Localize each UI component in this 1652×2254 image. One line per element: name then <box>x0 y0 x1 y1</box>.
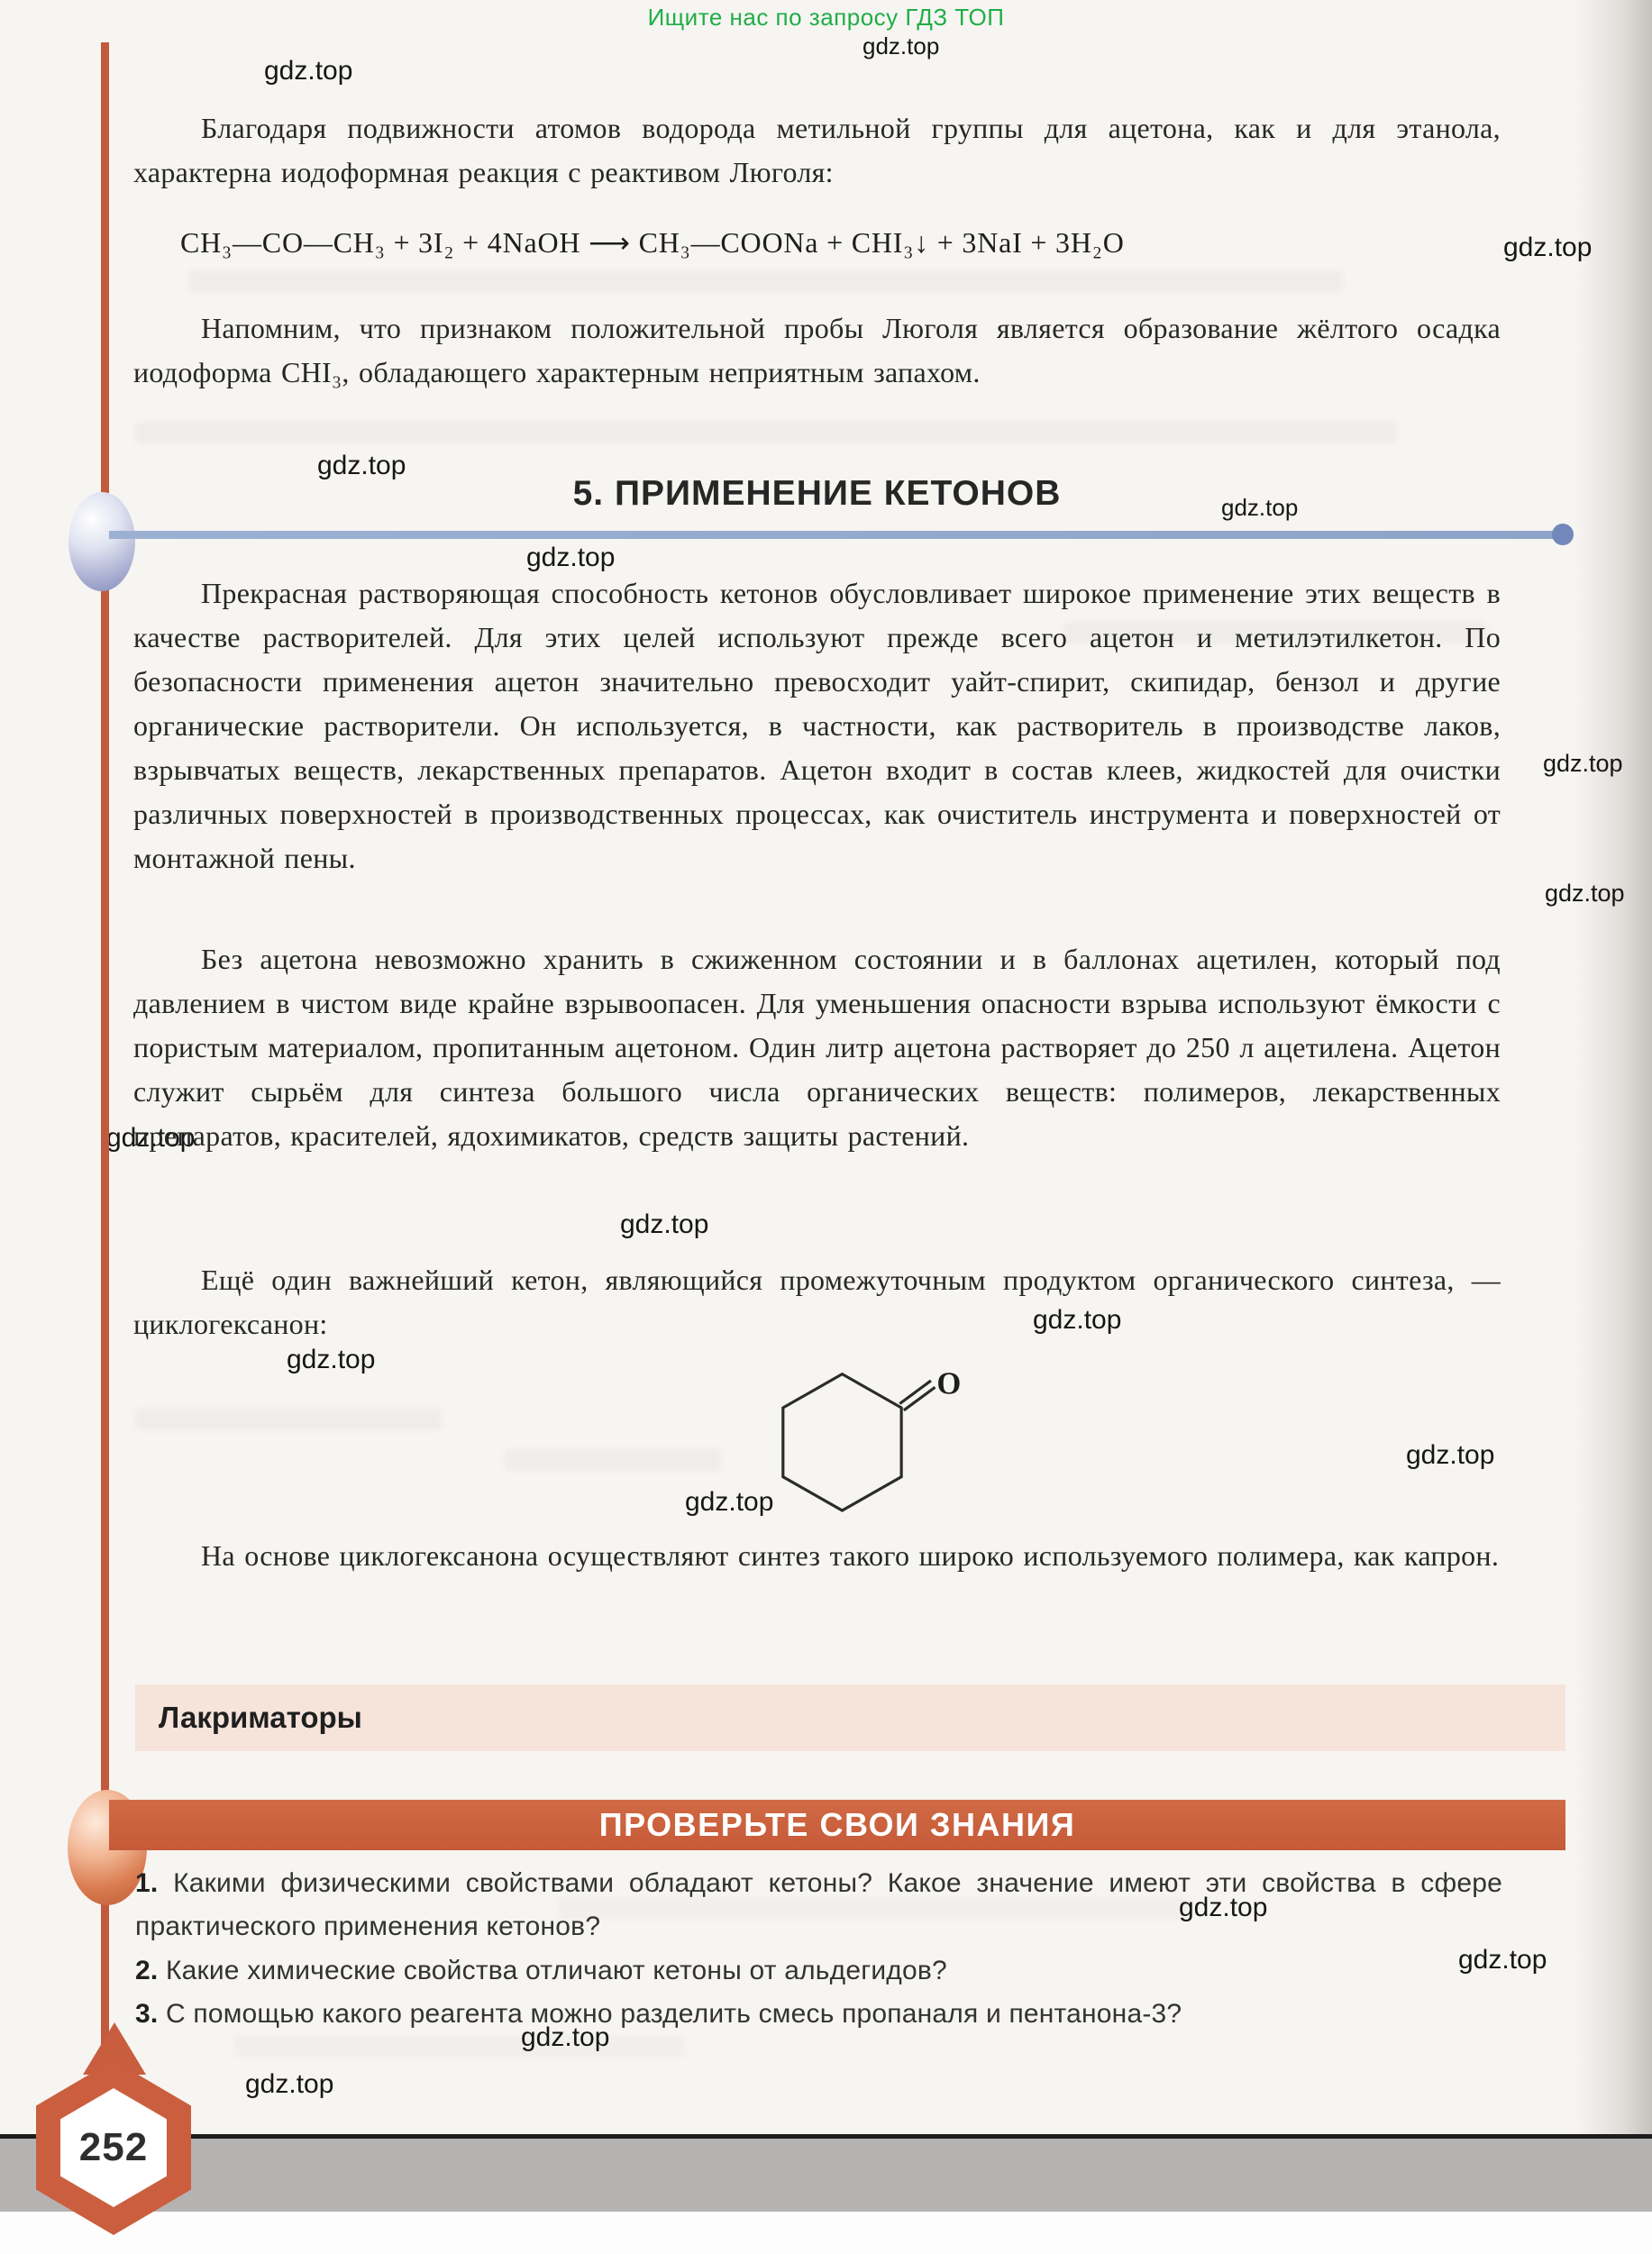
paragraph-acetylene: Без ацетона невозможно хранить в сжиженн… <box>133 937 1501 1158</box>
watermark: gdz.top <box>1543 750 1623 778</box>
watermark: gdz.top <box>1406 1440 1494 1471</box>
silver-sphere-ornament <box>68 492 135 591</box>
section-divider-line <box>109 531 1562 539</box>
watermark: gdz.top <box>526 543 615 573</box>
watermark: gdz.top <box>1545 880 1625 908</box>
page-edge-shadow <box>1575 0 1652 2254</box>
question-3: 3. С помощью какого реагента можно разде… <box>135 1993 1502 2036</box>
paragraph-intro: Благодаря подвижности атомов водорода ме… <box>133 106 1501 195</box>
question-number: 3. <box>135 1999 158 2029</box>
watermark: gdz.top <box>685 1487 773 1518</box>
promo-header: Ищите нас по запросу ГДЗ ТОП <box>0 4 1652 32</box>
question-text: С помощью какого реагента можно разделит… <box>166 1999 1182 2029</box>
question-number: 1. <box>135 1868 158 1898</box>
section-heading: 5. ПРИМЕНЕНИЕ КЕТОНОВ <box>133 474 1501 514</box>
question-text: Какие химические свойства отличают кетон… <box>166 1956 947 1985</box>
bleed-through-text <box>234 2035 685 2057</box>
paragraph-solvents: Прекрасная растворяющая способность кето… <box>133 571 1501 881</box>
question-number: 2. <box>135 1956 158 1985</box>
page-number-hexagon-inner: 252 <box>60 2088 167 2207</box>
question-2: 2. Какие химические свойства отличают ке… <box>135 1949 1502 1993</box>
watermark: gdz.top <box>264 56 352 87</box>
bleed-through-text <box>135 1409 442 1430</box>
bleed-through-text <box>135 422 1397 443</box>
question-text: Какими физическими свойствами обладают к… <box>135 1868 1502 1941</box>
hexagon-ring <box>783 1374 901 1510</box>
oxygen-label: O <box>936 1367 961 1401</box>
paragraph-kapron: На основе циклогексанона осуществляют си… <box>133 1534 1501 1578</box>
chemical-equation: CH₃—CO—CH₃ + 3I₂ + 4NaOH ⟶ CH₃—COONa + C… <box>180 225 1505 260</box>
cyclohexanone-structure: O <box>762 1359 968 1532</box>
watermark: gdz.top <box>1503 233 1592 263</box>
bottom-white-strip <box>0 2212 1652 2254</box>
lacrimators-box: Лакриматоры <box>135 1684 1565 1751</box>
page-number: 252 <box>79 2125 148 2170</box>
watermark: gdz.top <box>863 32 939 60</box>
bleed-through-text <box>189 270 1343 292</box>
watermark: gdz.top <box>245 2069 333 2100</box>
paragraph-reminder: Напомним, что признаком положительной пр… <box>133 306 1501 395</box>
check-knowledge-banner-label: ПРОВЕРЬТЕ СВОИ ЗНАНИЯ <box>599 1806 1075 1844</box>
watermark: gdz.top <box>620 1209 708 1240</box>
watermark: gdz.top <box>287 1345 375 1375</box>
bleed-through-text <box>505 1449 721 1471</box>
paragraph-cyclohexanone: Ещё один важнейший кетон, являющийся про… <box>133 1258 1501 1346</box>
lacrimators-box-label: Лакриматоры <box>159 1701 362 1735</box>
left-accent-bar <box>101 42 109 2064</box>
check-knowledge-banner: ПРОВЕРЬТЕ СВОИ ЗНАНИЯ <box>109 1800 1565 1850</box>
textbook-page-scan: { "page": { "header_promo": "Ищите нас п… <box>0 0 1652 2254</box>
section-divider-dot <box>1552 524 1574 545</box>
bottom-gray-band <box>0 2139 1652 2212</box>
question-1: 1. Какими физическими свойствами обладаю… <box>135 1862 1502 1948</box>
